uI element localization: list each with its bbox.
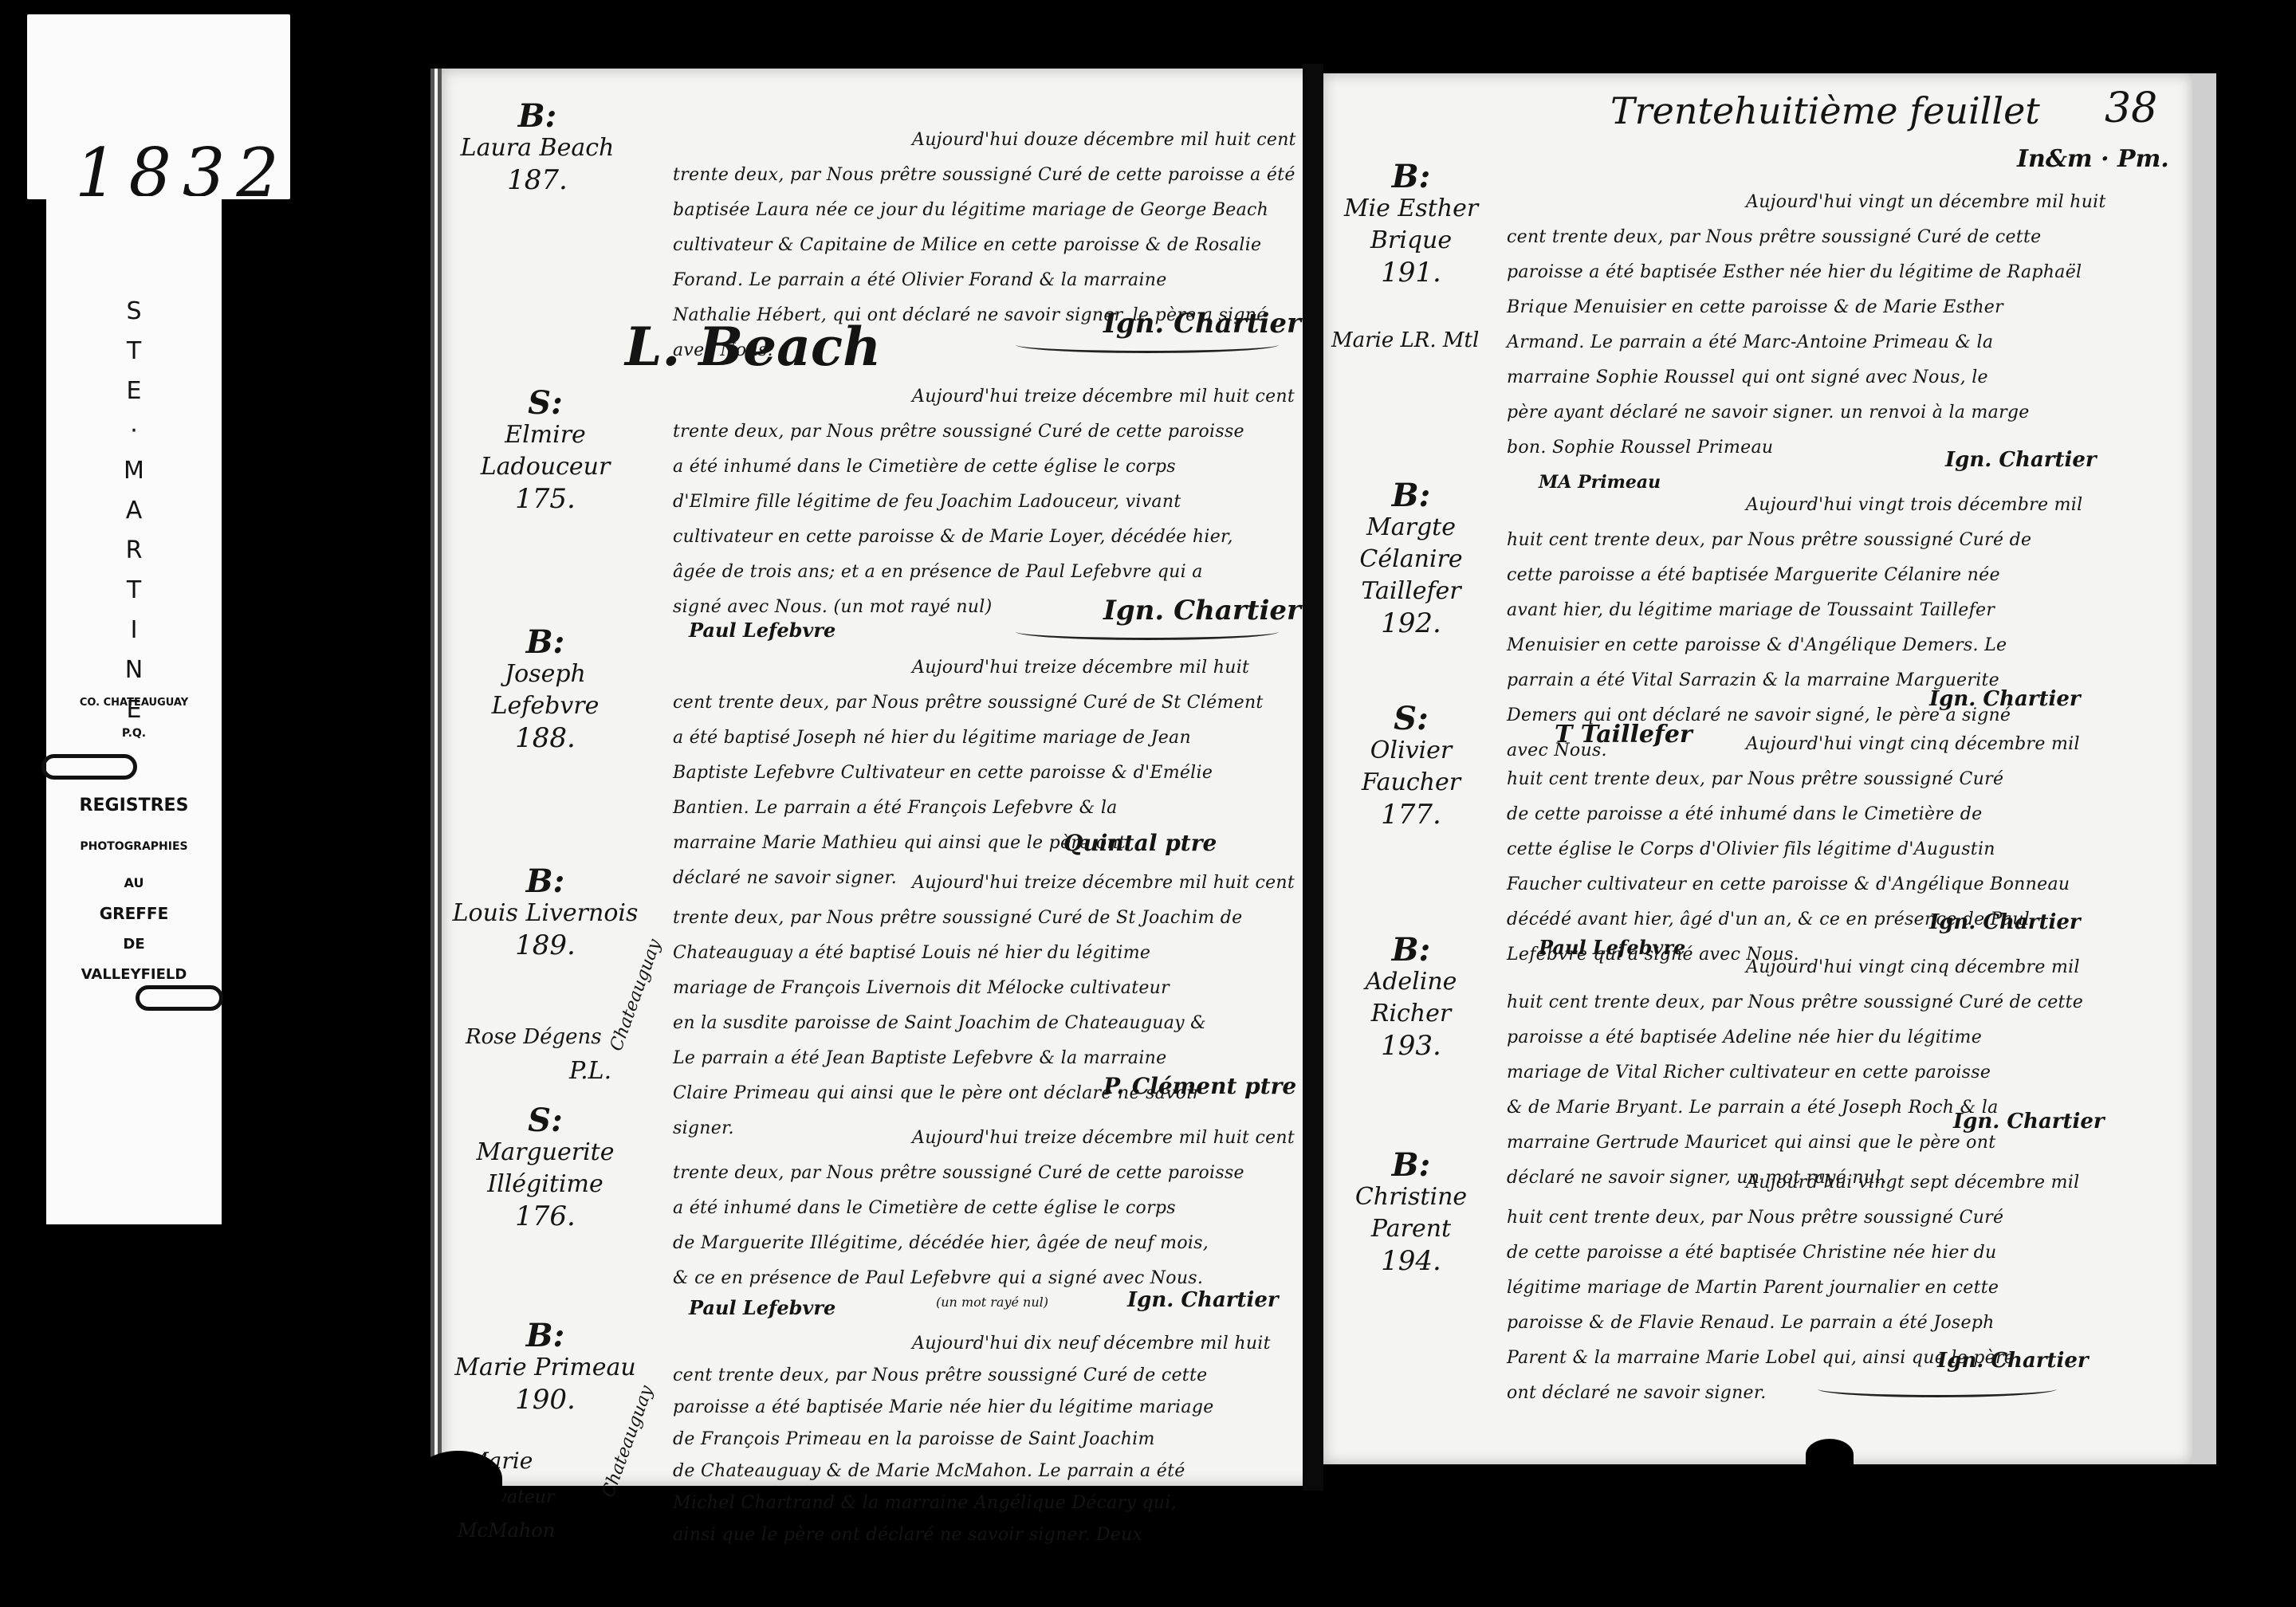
margin-entry-olivier-faucher: S: Olivier Faucher 177. — [1323, 703, 1499, 831]
signature-flourish — [1016, 623, 1279, 640]
entry-text-christine-parent: Aujourd'hui vingt sept décembre mil huit… — [1507, 1165, 2160, 1411]
inline-note: (un mot rayé nul) — [936, 1295, 1048, 1310]
tag-line-au: AU — [46, 875, 222, 890]
entry-text-elmire-ladouceur: Aujourd'hui treize décembre mil huit cen… — [673, 379, 1303, 625]
signature-chartier: Ign. Chartier — [1103, 595, 1301, 627]
signature-clement: P. Clément ptre — [1103, 1073, 1296, 1099]
margin-entry-christine-parent: B: Christine Parent 194. — [1323, 1149, 1499, 1277]
signature-chartier: Ign. Chartier — [1945, 448, 2097, 472]
entry-text-joseph-lefebvre: Aujourd'hui treize décembre mil huit cen… — [673, 650, 1303, 896]
signature-chartier: Ign. Chartier — [1929, 687, 2081, 711]
book-gutter — [1303, 64, 1323, 1491]
margin-entry-esther-brique: B: Mie Esther Brique 191. — [1323, 161, 1499, 289]
tag-line-de: DE — [46, 936, 222, 953]
signature-chartier: Ign. Chartier — [1937, 1349, 2089, 1373]
signature-paul-lefebvre: Paul Lefebvre — [689, 619, 835, 642]
entry-text-louis-livernois: Aujourd'hui treize décembre mil huit cen… — [673, 866, 1303, 1146]
register-page-right: Trentehuitième feuillet 38 In&m · Pm. B:… — [1323, 73, 2216, 1464]
margin-entry-laura-beach: B: Laura Beach 187. — [450, 100, 625, 196]
signature-chartier: Ign. Chartier — [1103, 308, 1301, 340]
entry-text-marguerite-illegitime: Aujourd'hui treize décembre mil huit cen… — [673, 1121, 1303, 1296]
page-header: Trentehuitième feuillet — [1610, 89, 2040, 132]
signature-paul-lefebvre: Paul Lefebvre — [689, 1296, 835, 1319]
tag-line-greffe: GREFFE — [46, 904, 222, 923]
paperclip-icon — [41, 754, 137, 780]
thumb-shadow — [1806, 1439, 1854, 1471]
signature-chartier: Ign. Chartier — [1929, 910, 2081, 934]
archive-tag-header: 1832 — [27, 14, 290, 199]
margin-entry-joseph-lefebvre: B: Joseph Lefebvre 188. — [450, 627, 641, 754]
margin-note-marie: Marie LR. Mtl — [1331, 328, 1479, 352]
tag-county: CO. CHATEAUGUAY — [46, 697, 222, 709]
page-number: 38 — [2105, 84, 2157, 132]
signature-flourish — [1016, 336, 1279, 353]
signature-quintal: Quintal ptre — [1063, 830, 1217, 856]
margin-note-rose-degens: Rose Dégens — [466, 1025, 602, 1049]
margin-note-mcmahon: McMahon — [458, 1519, 555, 1542]
margin-entry-louis-livernois: B: Louis Livernois 189. — [450, 866, 641, 961]
tag-line-valleyfield: VALLEYFIELD — [46, 966, 222, 983]
signature-flourish — [1818, 1381, 2057, 1397]
signature-l-beach: L. Beach — [625, 316, 881, 378]
tag-parish-name: S T E · M A R T I N E — [46, 292, 222, 730]
margin-entry-adeline-richer: B: Adeline Richer 193. — [1323, 934, 1499, 1062]
tag-province: P.Q. — [46, 727, 222, 740]
entry-text-esther-brique: Aujourd'hui vingt un décembre mil huit c… — [1507, 185, 2160, 466]
signature-chartier: Ign. Chartier — [1127, 1288, 1279, 1312]
margin-entry-elmire-ladouceur: S: Elmire Ladouceur 175. — [450, 387, 641, 515]
tag-line-registres: REGISTRES — [46, 796, 222, 815]
paperclip-icon — [136, 985, 223, 1011]
register-page-left: B: Laura Beach 187. Aujourd'hui douze dé… — [431, 69, 1319, 1486]
margin-entry-marie-primeau: B: Marie Primeau 190. — [450, 1320, 641, 1416]
entry-text-marie-primeau: Aujourd'hui dix neuf décembre mil huit c… — [673, 1328, 1303, 1551]
entry-text-adeline-richer: Aujourd'hui vingt cinq décembre mil huit… — [1507, 950, 2160, 1196]
archive-tag-strip: S T E · M A R T I N E CO. CHATEAUGUAY P.… — [46, 196, 222, 1224]
thumb-shadow — [415, 1451, 502, 1507]
margin-entry-celanire-taillefer: B: Margte Célanire Taillefer 192. — [1323, 480, 1499, 639]
margin-entry-marguerite-illegitime: S: Marguerite Illégitime 176. — [450, 1105, 641, 1232]
signature-chartier: Ign. Chartier — [1953, 1110, 2105, 1134]
page-initials: In&m · Pm. — [2017, 145, 2169, 173]
margin-initials: P.L. — [569, 1057, 611, 1085]
tag-line-photographies: PHOTOGRAPHIES — [46, 840, 222, 853]
